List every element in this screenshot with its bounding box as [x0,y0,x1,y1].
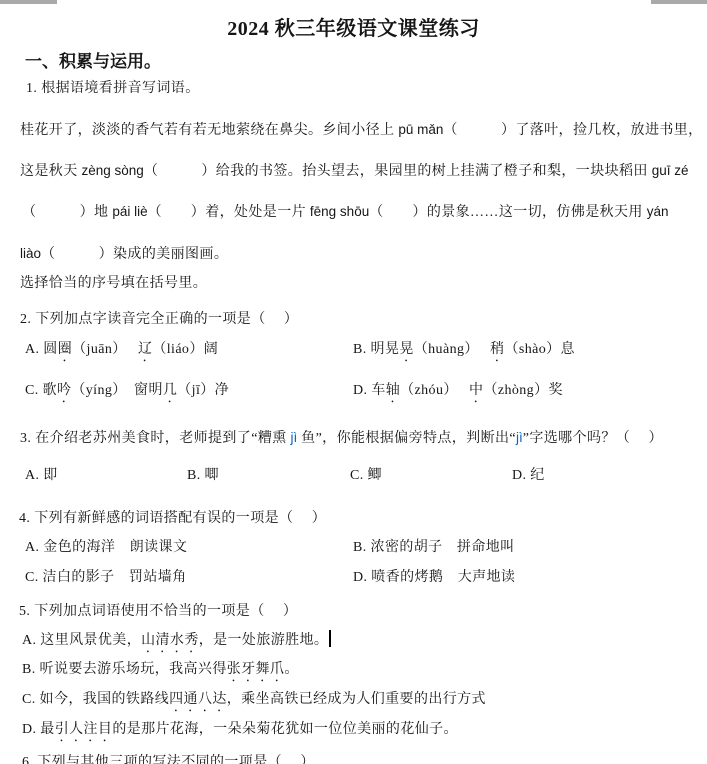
q5-option-d: D. 最引人注目的是那片花海，一朵朵菊花犹如一位位美丽的花仙子。 [22,720,458,745]
text-segment: （zhóu） [400,383,469,398]
q2-stem: 2. 下列加点字读音完全正确的一项是（ ） [20,310,298,329]
text-segment: B. 明晃 [353,342,399,357]
text-segment: （jī）净 [177,383,229,398]
text-segment: （ ）给我的书签。抬头望去，果园里的树上挂满了橙子和梨，一块块稻田 [144,164,652,179]
text-segment: A. 圆 [25,342,58,357]
text-segment: 桂花开了，淡淡的香气若有若无地萦绕在鼻尖。乡间小径上 [20,123,398,138]
text-segment: 这是秋天 [20,164,82,179]
text-segment: （ ）地 [22,205,112,220]
pinyin-text: pái liè [112,204,147,219]
text-segment: （shào）息 [504,342,574,357]
q3-option-d: D. 纪 [512,466,545,485]
q1-prompt: 1. 根据语境看拼音写词语。 [26,79,200,98]
text-segment: B. 听说要去游乐场玩，我高兴得 [22,662,227,677]
emphasized-text: 稍 [490,342,504,357]
pinyin-text: pū mǎn [398,122,443,137]
q1-note: 选择恰当的序号填在括号里。 [20,274,207,293]
q4-option-d: D. 喷香的烤鹅 大声地读 [353,568,515,587]
text-segment: C. 歌 [25,383,57,398]
text-segment: C. 如今，我国的铁路线 [22,692,169,707]
document-page[interactable]: 2024 秋三年级语文课堂练习 一、积累与运用。 1. 根据语境看拼音写词语。 … [0,0,707,764]
text-segment: （ ）了落叶，捡几枚，放进书里， [443,123,702,138]
emphasized-text: 引人注目 [55,722,113,737]
q2-option-b: B. 明晃晃（huàng） 稍（shào）息 [353,340,575,365]
pinyin-text: jì [516,430,523,445]
text-segment: （ ）染成的美丽图画。 [41,247,228,262]
pinyin-text: yán [647,204,669,219]
text-cursor [329,630,331,647]
q1-paragraph-line-1: 桂花开了，淡淡的香气若有若无地萦绕在鼻尖。乡间小径上 pū mǎn（ ）了落叶，… [20,120,703,140]
q4-stem: 4. 下列有新鲜感的词语搭配有误的一项是（ ） [19,509,326,528]
emphasized-text: 山清水秀 [141,633,199,648]
text-segment: 的是那片花海，一朵朵菊花犹如一位位美丽的花仙子。 [112,722,458,737]
q3-option-c: C. 鲫 [350,466,382,485]
q2-option-d: D. 车轴（zhóu） 中（zhòng）奖 [353,381,563,406]
section-heading: 一、积累与运用。 [25,47,161,72]
pinyin-text: fēng shōu [310,204,369,219]
text-segment: （yíng） 窗明 [71,383,163,398]
pinyin-text: zèng sòng [82,163,144,178]
q4-option-b: B. 浓密的胡子 拼命地叫 [353,538,515,557]
emphasized-text: 几 [163,383,177,398]
pinyin-text: liào [20,246,41,261]
pinyin-text: guī zé [652,163,689,178]
emphasized-text: 晃 [399,342,413,357]
q6-prompt-clipped: 6. 下列与其他三项的写法不同的一项是（ ） [22,753,315,764]
q1-paragraph-line-2: 这是秋天 zèng sòng（ ）给我的书签。抬头望去，果园里的树上挂满了橙子和… [20,161,689,181]
text-segment: ，乘坐高铁已经成为人们重要的出行方式 [227,692,486,707]
top-edge-artifact-right [651,0,707,4]
q5-option-c: C. 如今，我国的铁路线四通八达，乘坐高铁已经成为人们重要的出行方式 [22,690,486,715]
q2-option-a: A. 圆圈（juān） 辽（liáo）阔 [25,340,218,365]
emphasized-text: 辽 [138,342,152,357]
text-segment: ，是一处旅游胜地。 [199,633,329,648]
text-segment: （zhòng）奖 [483,383,562,398]
q3-option-b: B. 唧 [187,466,219,485]
text-segment: 3. 在介绍老苏州美食时，老师提到了“糟熏 [20,431,291,446]
q3-stem: 3. 在介绍老苏州美食时，老师提到了“糟熏 jì 鱼”，你能根据偏旁特点，判断出… [20,428,663,448]
text-segment: （ ）着，处处是一片 [148,205,310,220]
text-segment: 。 [284,662,298,677]
emphasized-text: 吟 [57,383,71,398]
emphasized-text: 张牙舞爪 [227,662,285,677]
text-segment: D. 最 [22,722,55,737]
q5-option-a: A. 这里风景优美，山清水秀，是一处旅游胜地。 [22,630,331,656]
emphasized-text: 圈 [58,342,72,357]
emphasized-text: 轴 [386,383,400,398]
text-segment: （huàng） [414,342,490,357]
text-segment: （ ）的景象……这一切，仿佛是秋天用 [369,205,647,220]
text-segment: ”字选哪个吗？（ ） [523,431,663,446]
q5-option-b: B. 听说要去游乐场玩，我高兴得张牙舞爪。 [22,660,299,685]
q2-option-c: C. 歌吟（yíng） 窗明几（jī）净 [25,381,229,406]
q1-paragraph-line-4: liào（ ）染成的美丽图画。 [20,244,228,264]
text-segment: 鱼”，你能根据偏旁特点，判断出“ [297,431,516,446]
text-segment: A. 这里风景优美， [22,633,141,648]
emphasized-text: 四通八达 [169,692,227,707]
text-segment: D. 车 [353,383,386,398]
emphasized-text: 中 [469,383,483,398]
text-segment: （juān） [72,342,138,357]
q4-option-a: A. 金色的海洋 朗读课文 [25,538,187,557]
q5-stem: 5. 下列加点词语使用不恰当的一项是（ ） [19,602,297,621]
text-segment: （liáo）阔 [152,342,218,357]
q4-option-c: C. 洁白的影子 罚站墙角 [25,568,187,587]
q3-option-a: A. 即 [25,466,58,485]
document-title: 2024 秋三年级语文课堂练习 [0,12,707,41]
top-edge-artifact-left [0,0,57,4]
q1-paragraph-line-3: （ ）地 pái liè（ ）着，处处是一片 fēng shōu（ ）的景象……… [22,202,669,222]
